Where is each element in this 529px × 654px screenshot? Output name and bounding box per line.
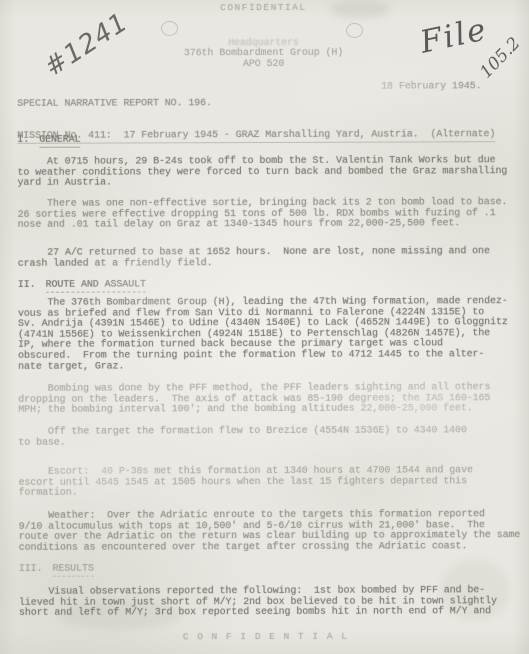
report-date: 18 February 1945.: [381, 82, 521, 93]
typed-paragraph: 27 A/C returned to base at 1652 hours. N…: [18, 247, 523, 270]
section-title: GENERAL: [39, 136, 80, 148]
section-title: RESULTS: [52, 565, 93, 577]
typed-paragraph: Off the target the formation flew to Bre…: [18, 426, 523, 449]
typed-paragraph: Weather: Over the Adriatic enroute to th…: [19, 510, 524, 554]
typed-paragraph: At 0715 hours, 29 B-24s took off to bomb…: [17, 156, 522, 190]
section-heading-general: I. GENERAL: [17, 134, 522, 148]
typed-paragraph: Bombing was done by the PFF method, the …: [18, 383, 523, 417]
typed-paragraph: Escort: 40 P-38s met this formation at 1…: [18, 466, 523, 500]
section-heading-results: III. RESULTS: [19, 563, 524, 577]
section-number: III.: [19, 565, 43, 577]
classification-stamp-top: CONFIDENTIAL: [0, 2, 528, 14]
classification-stamp-bottom: C O N F I D E N T I A L: [1, 631, 529, 643]
section-heading-route: II. ROUTE AND ASSAULT: [18, 279, 523, 293]
mission-line: MISSION No. 411: 17 February 1945 - GRAZ…: [17, 109, 522, 155]
typed-paragraph: Visual observations reported the followi…: [19, 586, 524, 620]
document-page: CONFIDENTIAL Headquarters 376th Bombardm…: [0, 0, 529, 654]
typed-paragraph: There was one non-effective sortie, brin…: [18, 198, 523, 232]
typed-text-layer: CONFIDENTIAL Headquarters 376th Bombardm…: [0, 0, 529, 654]
section-title: ROUTE AND ASSAULT: [46, 280, 146, 292]
typed-paragraph: The 376th Bombardment Group (H), leading…: [18, 297, 523, 373]
section-number: II.: [18, 281, 36, 293]
section-number: I.: [17, 136, 29, 148]
